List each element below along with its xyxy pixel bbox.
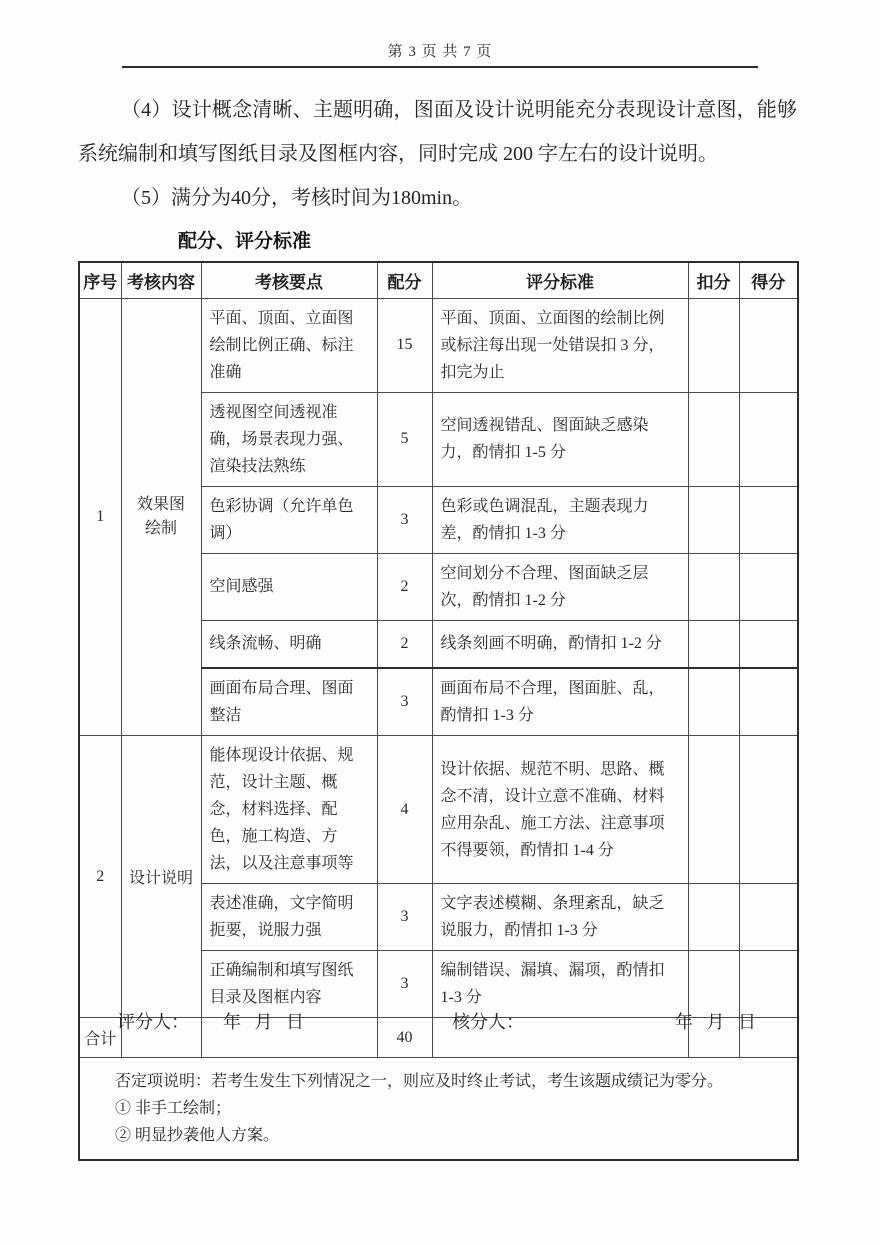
criteria-cell: 线条刻画不明确，酌情扣 1-2 分 bbox=[432, 620, 688, 668]
col-header-criteria: 评分标准 bbox=[432, 262, 688, 298]
point-cell: 画面布局合理、图面整洁 bbox=[201, 668, 377, 736]
criteria-cell: 文字表述模糊、条理紊乱，缺乏说服力，酌情扣 1-3 分 bbox=[432, 884, 688, 951]
deduction-cell bbox=[688, 620, 739, 668]
disqualification-note: 否定项说明：若考生发生下列情况之一，则应及时终止考试，考生该题成绩记为零分。 ①… bbox=[79, 1058, 798, 1161]
score-cell: 2 bbox=[377, 620, 432, 668]
table-header-row: 序号 考核内容 考核要点 配分 评分标准 扣分 得分 bbox=[79, 262, 798, 298]
criteria-cell: 色彩或色调混乱，主题表现力差，酌情扣 1-3 分 bbox=[432, 486, 688, 553]
point-cell: 线条流畅、明确 bbox=[201, 620, 377, 668]
note-line-1: 否定项说明：若考生发生下列情况之一，则应及时终止考试，考生该题成绩记为零分。 bbox=[115, 1068, 785, 1095]
criteria-cell: 画面布局不合理，图面脏、乱，酌情扣 1-3 分 bbox=[432, 668, 688, 736]
deduction-cell bbox=[688, 392, 739, 486]
page-number: 第 3 页 共 7 页 bbox=[0, 40, 880, 61]
point-cell: 能体现设计依据、规范，设计主题、概念，材料选择、配色，施工构造、方法，以及注意事… bbox=[201, 736, 377, 884]
note-line-2: ① 非手工绘制； bbox=[115, 1095, 785, 1122]
gained-cell bbox=[739, 486, 798, 553]
checker-date-placeholder: 年 月 日 bbox=[675, 1008, 756, 1034]
page-content: （4）设计概念清晰、主题明确，图面及设计说明能充分表现设计意图，能够系统编制和填… bbox=[0, 0, 880, 1161]
gained-cell bbox=[739, 392, 798, 486]
section2-seq: 2 bbox=[79, 736, 121, 1018]
section1-seq: 1 bbox=[79, 298, 121, 736]
section1-content: 效果图 绘制 bbox=[121, 298, 201, 736]
gained-cell bbox=[739, 298, 798, 392]
point-cell: 平面、顶面、立面图绘制比例正确、标注准确 bbox=[201, 298, 377, 392]
scorer-date-placeholder: 年 月 日 bbox=[223, 1008, 304, 1034]
deduction-cell bbox=[688, 668, 739, 736]
point-cell: 表述准确，文字简明扼要，说服力强 bbox=[201, 884, 377, 951]
col-header-deduction: 扣分 bbox=[688, 262, 739, 298]
gained-cell bbox=[739, 736, 798, 884]
header-rule bbox=[122, 66, 758, 68]
criteria-cell: 平面、顶面、立面图的绘制比例或标注每出现一处错误扣 3 分，扣完为止 bbox=[432, 298, 688, 392]
scorer-label: 评分人： bbox=[117, 1008, 189, 1034]
score-cell: 3 bbox=[377, 668, 432, 736]
score-cell: 3 bbox=[377, 486, 432, 553]
deduction-cell bbox=[688, 486, 739, 553]
col-header-score: 配分 bbox=[377, 262, 432, 298]
section-heading: 配分、评分标准 bbox=[178, 226, 797, 253]
gained-cell bbox=[739, 620, 798, 668]
gained-cell bbox=[739, 553, 798, 620]
table-row: 1 效果图 绘制 平面、顶面、立面图绘制比例正确、标注准确 15 平面、顶面、立… bbox=[79, 298, 798, 392]
score-cell: 4 bbox=[377, 736, 432, 884]
point-cell: 透视图空间透视准确，场景表现力强、渲染技法熟练 bbox=[201, 392, 377, 486]
score-cell: 2 bbox=[377, 553, 432, 620]
paragraph-item-4: （4）设计概念清晰、主题明确，图面及设计说明能充分表现设计意图，能够系统编制和填… bbox=[78, 88, 797, 176]
criteria-cell: 空间划分不合理、图面缺乏层次，酌情扣 1-2 分 bbox=[432, 553, 688, 620]
checker-label: 核分人： bbox=[452, 1008, 524, 1034]
score-cell: 5 bbox=[377, 392, 432, 486]
document-page: 第 3 页 共 7 页 （4）设计概念清晰、主题明确，图面及设计说明能充分表现设… bbox=[0, 0, 880, 1245]
signoff-line: 评分人： 年 月 日 核分人： 年 月 日 bbox=[0, 1008, 880, 1044]
section2-content: 设计说明 bbox=[121, 736, 201, 1018]
gained-cell bbox=[739, 884, 798, 951]
disqualification-note-row: 否定项说明：若考生发生下列情况之一，则应及时终止考试，考生该题成绩记为零分。 ①… bbox=[79, 1058, 798, 1161]
point-cell: 空间感强 bbox=[201, 553, 377, 620]
criteria-cell: 空间透视错乱、图面缺乏感染力，酌情扣 1-5 分 bbox=[432, 392, 688, 486]
deduction-cell bbox=[688, 298, 739, 392]
gained-cell bbox=[739, 668, 798, 736]
point-cell: 色彩协调（允许单色调） bbox=[201, 486, 377, 553]
deduction-cell bbox=[688, 884, 739, 951]
note-line-3: ② 明显抄袭他人方案。 bbox=[115, 1122, 785, 1149]
paragraph-item-5: （5）满分为40分，考核时间为180min。 bbox=[78, 176, 797, 220]
col-header-seq: 序号 bbox=[79, 262, 121, 298]
col-header-point: 考核要点 bbox=[201, 262, 377, 298]
score-cell: 3 bbox=[377, 884, 432, 951]
deduction-cell bbox=[688, 553, 739, 620]
table-row: 2 设计说明 能体现设计依据、规范，设计主题、概念，材料选择、配色，施工构造、方… bbox=[79, 736, 798, 884]
col-header-content: 考核内容 bbox=[121, 262, 201, 298]
criteria-cell: 设计依据、规范不明、思路、概念不清，设计立意不准确、材料应用杂乱、施工方法、注意… bbox=[432, 736, 688, 884]
col-header-gained: 得分 bbox=[739, 262, 798, 298]
score-cell: 15 bbox=[377, 298, 432, 392]
deduction-cell bbox=[688, 736, 739, 884]
